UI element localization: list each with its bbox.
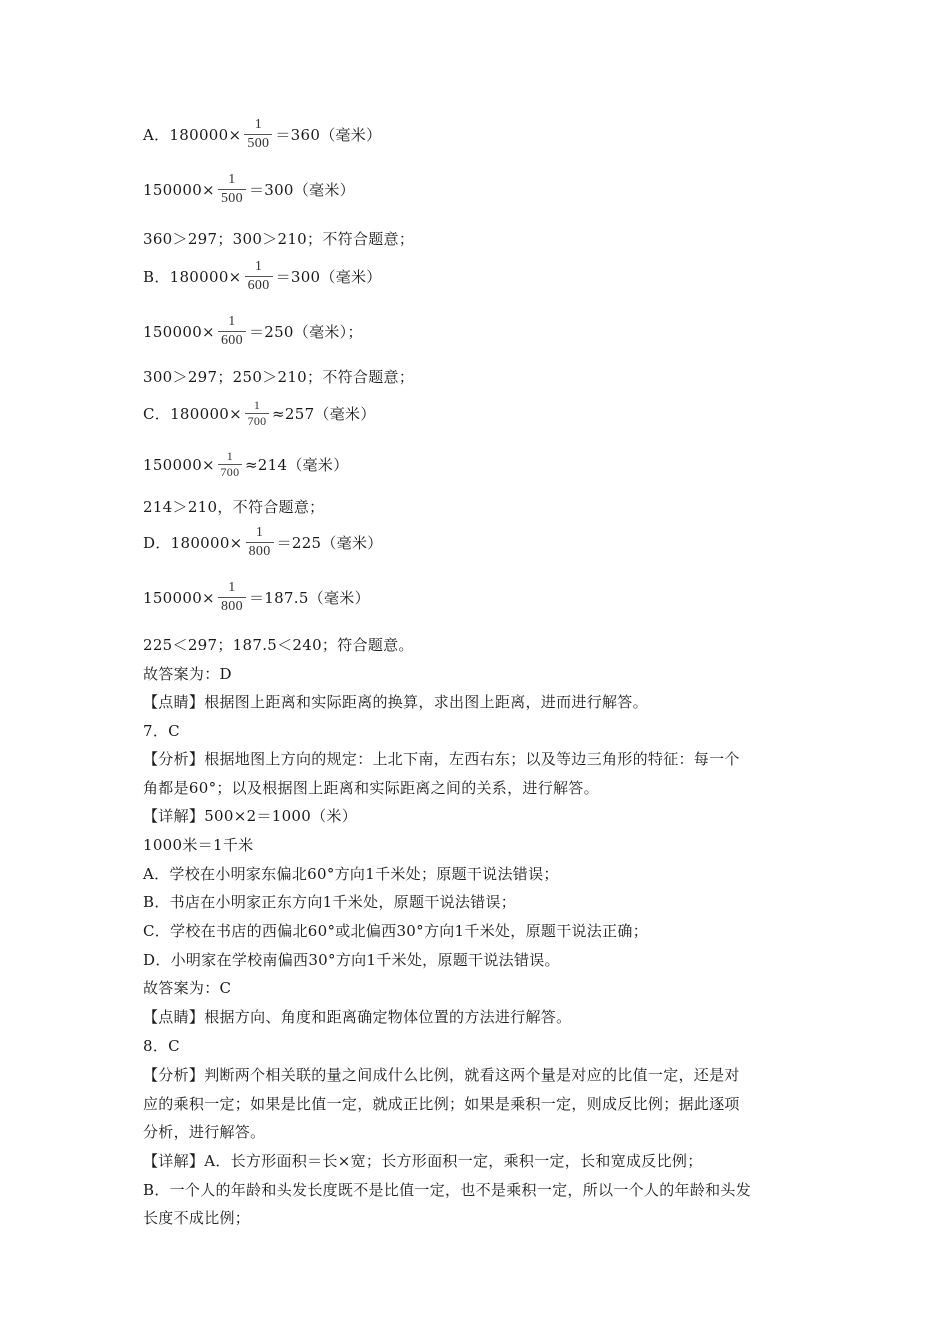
equation-b-1: B．180000× 1 600 ＝300（毫米） — [143, 258, 382, 295]
detail-7-option-a: A．学校在小明家东偏北60°方向1千米处；原题干说法错误； — [143, 864, 559, 884]
detail-7-line-1: 【详解】500×2＝1000（米） — [143, 806, 357, 826]
fraction: 1 800 — [246, 524, 274, 561]
equation-suffix: ＝360（毫米） — [275, 124, 381, 145]
conclusion-c: 214＞210，不符合题意； — [143, 497, 324, 517]
equation-prefix: C．180000× — [143, 403, 242, 424]
answer-line-7: 故答案为：C — [143, 978, 231, 998]
remark-line-6: 【点睛】根据图上距离和实际距离的换算，求出图上距离，进而进行解答。 — [143, 692, 648, 712]
equation-d-2: 150000× 1 800 ＝187.5（毫米） — [143, 579, 370, 616]
denominator: 500 — [245, 135, 271, 153]
denominator: 800 — [247, 543, 273, 561]
conclusion-a: 360＞297；300＞210；不符合题意； — [143, 229, 414, 249]
numerator: 1 — [226, 313, 237, 331]
equation-suffix: ＝300（毫米） — [249, 179, 355, 200]
equation-suffix: ＝187.5（毫米） — [249, 587, 370, 608]
fraction: 1 700 — [218, 449, 242, 480]
denominator: 500 — [219, 190, 245, 208]
denominator: 700 — [246, 414, 269, 429]
equation-a-2: 150000× 1 500 ＝300（毫米） — [143, 171, 355, 208]
analysis-8-line-1: 【分析】判断两个相关联的量之间成什么比例，就看这两个量是对应的比值一定，还是对 — [143, 1065, 740, 1085]
analysis-7-line-2: 角都是60°；以及根据图上距离和实际距离之间的关系，进行解答。 — [143, 778, 599, 798]
fraction: 1 600 — [218, 313, 246, 350]
analysis-7-line-1: 【分析】根据地图上方向的规定：上北下南，左西右东；以及等边三角形的特征：每一个 — [143, 749, 740, 769]
equation-prefix: 150000× — [143, 456, 215, 474]
numerator: 1 — [226, 171, 237, 189]
detail-8-option-b-line-2: 长度不成比例； — [143, 1208, 250, 1228]
detail-7-option-c: C．学校在书店的西偏北60°或北偏西30°方向1千米处，原题干说法正确； — [143, 921, 648, 941]
equation-a-1: A．180000× 1 500 ＝360（毫米） — [143, 116, 381, 153]
analysis-8-line-3: 分析，进行解答。 — [143, 1122, 265, 1142]
question-7-answer: 7．C — [143, 721, 180, 741]
remark-line-7: 【点睛】根据方向、角度和距离确定物体位置的方法进行解答。 — [143, 1007, 571, 1027]
numerator: 1 — [252, 398, 262, 413]
detail-8-option-a: 【详解】A．长方形面积＝长×宽；长方形面积一定，乘积一定，长和宽成反比例； — [143, 1151, 703, 1171]
denominator: 700 — [218, 465, 241, 480]
equation-suffix: ≈257（毫米） — [272, 403, 376, 424]
equation-suffix: ＝250（毫米）； — [249, 321, 363, 342]
equation-d-1: D．180000× 1 800 ＝225（毫米） — [143, 524, 383, 561]
equation-c-2: 150000× 1 700 ≈214（毫米） — [143, 449, 349, 480]
equation-prefix: 150000× — [143, 589, 215, 607]
detail-7-option-d: D．小明家在学校南偏西30°方向1千米处，原题干说法错误。 — [143, 950, 560, 970]
equation-prefix: 150000× — [143, 323, 215, 341]
detail-8-option-b-line-1: B．一个人的年龄和头发长度既不是比值一定，也不是乘积一定，所以一个人的年龄和头发 — [143, 1180, 751, 1200]
equation-suffix: ＝225（毫米） — [277, 532, 383, 553]
fraction: 1 500 — [218, 171, 246, 208]
fraction: 1 700 — [245, 398, 269, 429]
numerator: 1 — [254, 524, 265, 542]
question-8-answer: 8．C — [143, 1036, 180, 1056]
equation-prefix: 150000× — [143, 181, 215, 199]
fraction: 1 600 — [245, 258, 273, 295]
equation-suffix: ≈214（毫米） — [245, 454, 349, 475]
equation-prefix: A．180000× — [143, 124, 241, 145]
denominator: 600 — [246, 277, 272, 295]
numerator: 1 — [225, 449, 235, 464]
answer-line-6: 故答案为：D — [143, 664, 232, 684]
equation-suffix: ＝300（毫米） — [276, 266, 382, 287]
conclusion-b: 300＞297；250＞210；不符合题意； — [143, 367, 414, 387]
numerator: 1 — [226, 579, 237, 597]
conclusion-d: 225＜297；187.5＜240；符合题意。 — [143, 635, 414, 655]
equation-c-1: C．180000× 1 700 ≈257（毫米） — [143, 398, 376, 429]
detail-7-option-b: B．书店在小明家正东方向1千米处，原题干说法错误； — [143, 892, 516, 912]
equation-prefix: D．180000× — [143, 532, 243, 553]
analysis-8-line-2: 应的乘积一定；如果是比值一定，就成正比例；如果是乘积一定，则成反比例；据此逐项 — [143, 1094, 740, 1114]
equation-prefix: B．180000× — [143, 266, 242, 287]
numerator: 1 — [253, 258, 264, 276]
denominator: 600 — [219, 332, 245, 350]
denominator: 800 — [219, 598, 245, 616]
detail-7-line-2: 1000米＝1千米 — [143, 835, 253, 855]
numerator: 1 — [253, 116, 264, 134]
fraction: 1 800 — [218, 579, 246, 616]
document-page: A．180000× 1 500 ＝360（毫米） 150000× 1 500 ＝… — [0, 0, 950, 1344]
fraction: 1 500 — [244, 116, 272, 153]
equation-b-2: 150000× 1 600 ＝250（毫米）； — [143, 313, 363, 350]
